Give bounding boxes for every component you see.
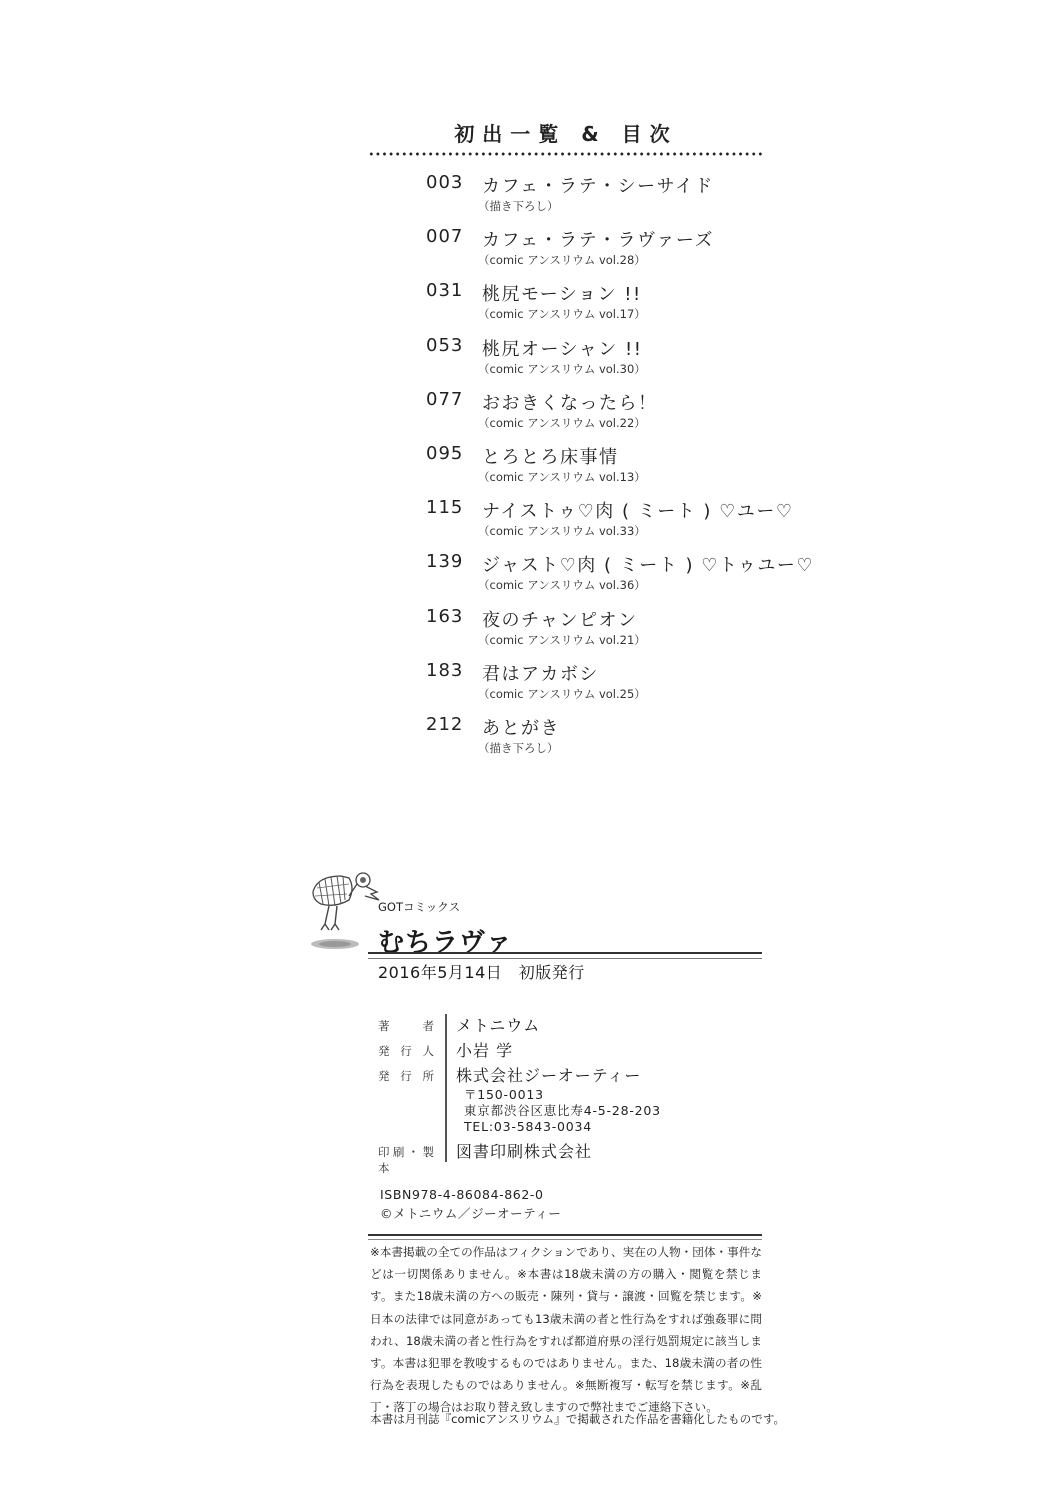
- toc-page-number: 183: [426, 660, 463, 681]
- toc-source: （描き下ろし）: [478, 740, 559, 756]
- toc-page-number: 163: [426, 606, 463, 627]
- toc-story-title: ナイストゥ♡肉 ( ミート ) ♡ユー♡: [482, 497, 793, 523]
- notice-divider: [368, 1234, 762, 1240]
- toc-entry: 183 君はアカボシ （comic アンスリウム vol.25）: [426, 660, 786, 714]
- toc-entry: 095 とろとろ床事情 （comic アンスリウム vol.13）: [426, 443, 786, 497]
- toc-page-number: 053: [426, 335, 463, 356]
- toc-story-title: 君はアカボシ: [482, 660, 599, 686]
- publisher-person-name: 小岩 学: [456, 1038, 758, 1061]
- toc-entry: 212 あとがき （描き下ろし）: [426, 714, 786, 768]
- toc-page-number: 095: [426, 443, 463, 464]
- toc-entry: 007 カフェ・ラテ・ラヴァーズ （comic アンスリウム vol.28）: [426, 226, 786, 280]
- credit-label: 印刷・製本: [378, 1144, 434, 1176]
- toc-story-title: 桃尻オーシャン !!: [482, 335, 642, 361]
- toc-source: （comic アンスリウム vol.33）: [478, 523, 646, 539]
- toc-story-title: 夜のチャンピオン: [482, 606, 637, 632]
- footer-note: 本書は月刊誌『comicアンスリウム』で掲載された作品を書籍化したものです。: [370, 1411, 785, 1427]
- toc-story-title: とろとろ床事情: [482, 443, 619, 469]
- legal-notice: ※本書掲載の全ての作品はフィクションであり、実在の人物・団体・事件などは一切関係…: [370, 1241, 762, 1419]
- toc-entry: 003 カフェ・ラテ・シーサイド （描き下ろし）: [426, 172, 786, 226]
- publisher-name: 株式会社ジーオーティー: [456, 1063, 758, 1086]
- credit-label: 発 行 所: [378, 1068, 434, 1084]
- author-name: メトニウム: [456, 1013, 758, 1036]
- toc-story-title: カフェ・ラテ・シーサイド: [482, 172, 714, 198]
- credit-label: 著 者: [378, 1018, 434, 1034]
- toc-story-title: ジャスト♡肉 ( ミート ) ♡トゥユー♡: [482, 551, 814, 577]
- credit-printer: 印刷・製本 図書印刷株式会社: [378, 1139, 758, 1164]
- printer-name: 図書印刷株式会社: [456, 1139, 758, 1162]
- toc-page-number: 115: [426, 497, 463, 518]
- isbn: ISBN978-4-86084-862-0: [380, 1185, 562, 1204]
- toc-source: （comic アンスリウム vol.28）: [478, 252, 646, 268]
- address: 東京都渋谷区恵比寿4-5-28-203: [464, 1103, 758, 1119]
- bird-mascot-icon: [305, 866, 385, 956]
- toc-title: 初出一覧 & 目次: [370, 118, 762, 147]
- toc-story-title: カフェ・ラテ・ラヴァーズ: [482, 226, 714, 252]
- toc-story-title: 桃尻モーション !!: [482, 280, 642, 306]
- toc-source: （描き下ろし）: [478, 198, 559, 214]
- toc-entry: 077 おおきくなったら！ （comic アンスリウム vol.22）: [426, 389, 786, 443]
- toc-source: （comic アンスリウム vol.25）: [478, 686, 646, 702]
- dotted-divider: [368, 152, 762, 156]
- toc-source: （comic アンスリウム vol.22）: [478, 415, 646, 431]
- credit-author: 著 者 メトニウム: [378, 1013, 758, 1038]
- toc-entry: 053 桃尻オーシャン !! （comic アンスリウム vol.30）: [426, 335, 786, 389]
- title-divider: [368, 952, 762, 959]
- publisher-imprint: GOTコミックス: [378, 899, 460, 915]
- toc-entry: 139 ジャスト♡肉 ( ミート ) ♡トゥユー♡ （comic アンスリウム …: [426, 551, 786, 605]
- toc-list: 003 カフェ・ラテ・シーサイド （描き下ろし） 007 カフェ・ラテ・ラヴァー…: [426, 172, 786, 768]
- credit-publisher-person: 発 行 人 小岩 学: [378, 1038, 758, 1063]
- postal-code: 〒150-0013: [464, 1087, 758, 1103]
- copyright: ©メトニウム／ジーオーティー: [380, 1204, 562, 1223]
- toc-source: （comic アンスリウム vol.30）: [478, 361, 646, 377]
- toc-entry: 163 夜のチャンピオン （comic アンスリウム vol.21）: [426, 606, 786, 660]
- toc-entry: 115 ナイストゥ♡肉 ( ミート ) ♡ユー♡ （comic アンスリウム v…: [426, 497, 786, 551]
- toc-source: （comic アンスリウム vol.13）: [478, 469, 646, 485]
- toc-entry: 031 桃尻モーション !! （comic アンスリウム vol.17）: [426, 280, 786, 334]
- toc-source: （comic アンスリウム vol.21）: [478, 632, 646, 648]
- credit-publisher: 発 行 所 株式会社ジーオーティー: [378, 1063, 758, 1087]
- toc-story-title: おおきくなったら！: [482, 389, 658, 415]
- toc-source: （comic アンスリウム vol.36）: [478, 577, 646, 593]
- toc-page-number: 031: [426, 280, 463, 301]
- toc-page-number: 003: [426, 172, 463, 193]
- toc-story-title: あとがき: [482, 714, 560, 740]
- toc-page-number: 139: [426, 551, 463, 572]
- toc-page-number: 007: [426, 226, 463, 247]
- isbn-block: ISBN978-4-86084-862-0 ©メトニウム／ジーオーティー: [380, 1185, 562, 1223]
- credit-label: 発 行 人: [378, 1043, 434, 1059]
- toc-source: （comic アンスリウム vol.17）: [478, 306, 646, 322]
- toc-page-number: 212: [426, 714, 463, 735]
- telephone: TEL:03-5843-0034: [464, 1119, 758, 1135]
- publication-date: 2016年5月14日 初版発行: [378, 960, 585, 983]
- toc-page-number: 077: [426, 389, 463, 410]
- credits: 著 者 メトニウム 発 行 人 小岩 学 発 行 所 株式会社ジーオーティー 〒…: [378, 1013, 758, 1164]
